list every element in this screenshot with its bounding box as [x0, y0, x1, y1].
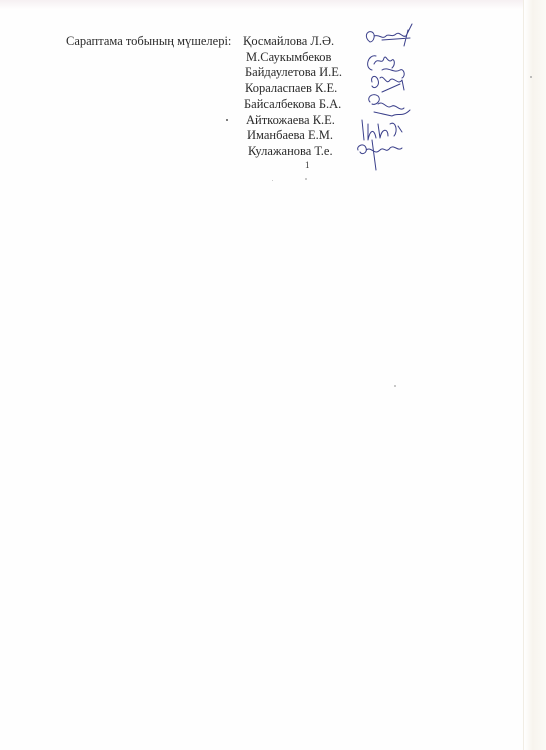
scan-speck: [530, 76, 532, 78]
member-name: Кулажанова Т.е.: [248, 144, 345, 160]
member-name: Байсалбекова Б.А.: [244, 97, 341, 113]
member-name: Қосмайлова Л.Ә.: [243, 34, 340, 50]
scan-top-shadow: [0, 0, 546, 10]
member-name: Кораласпаев К.Е.: [245, 81, 342, 97]
scan-speck: [226, 119, 228, 121]
scan-right-edge: [523, 0, 546, 750]
scan-speck: [272, 180, 273, 181]
expert-group-label: Сараптама тобының мүшелері:: [66, 34, 231, 49]
member-list: Қосмайлова Л.Ә. М.Саукымбеков Байдаулето…: [243, 34, 340, 160]
signatures-icon: [352, 20, 432, 180]
scanned-page: Сараптама тобының мүшелері: Қосмайлова Л…: [0, 0, 546, 750]
member-name: Иманбаева Е.М.: [247, 128, 344, 144]
scan-speck: [394, 385, 396, 387]
member-name: Байдаулетова И.Е.: [245, 65, 342, 81]
scan-speck: [305, 178, 307, 180]
member-name: Айткожаева К.Е.: [246, 113, 343, 129]
member-name: М.Саукымбеков: [246, 50, 343, 66]
page-mark: 1: [305, 160, 310, 170]
